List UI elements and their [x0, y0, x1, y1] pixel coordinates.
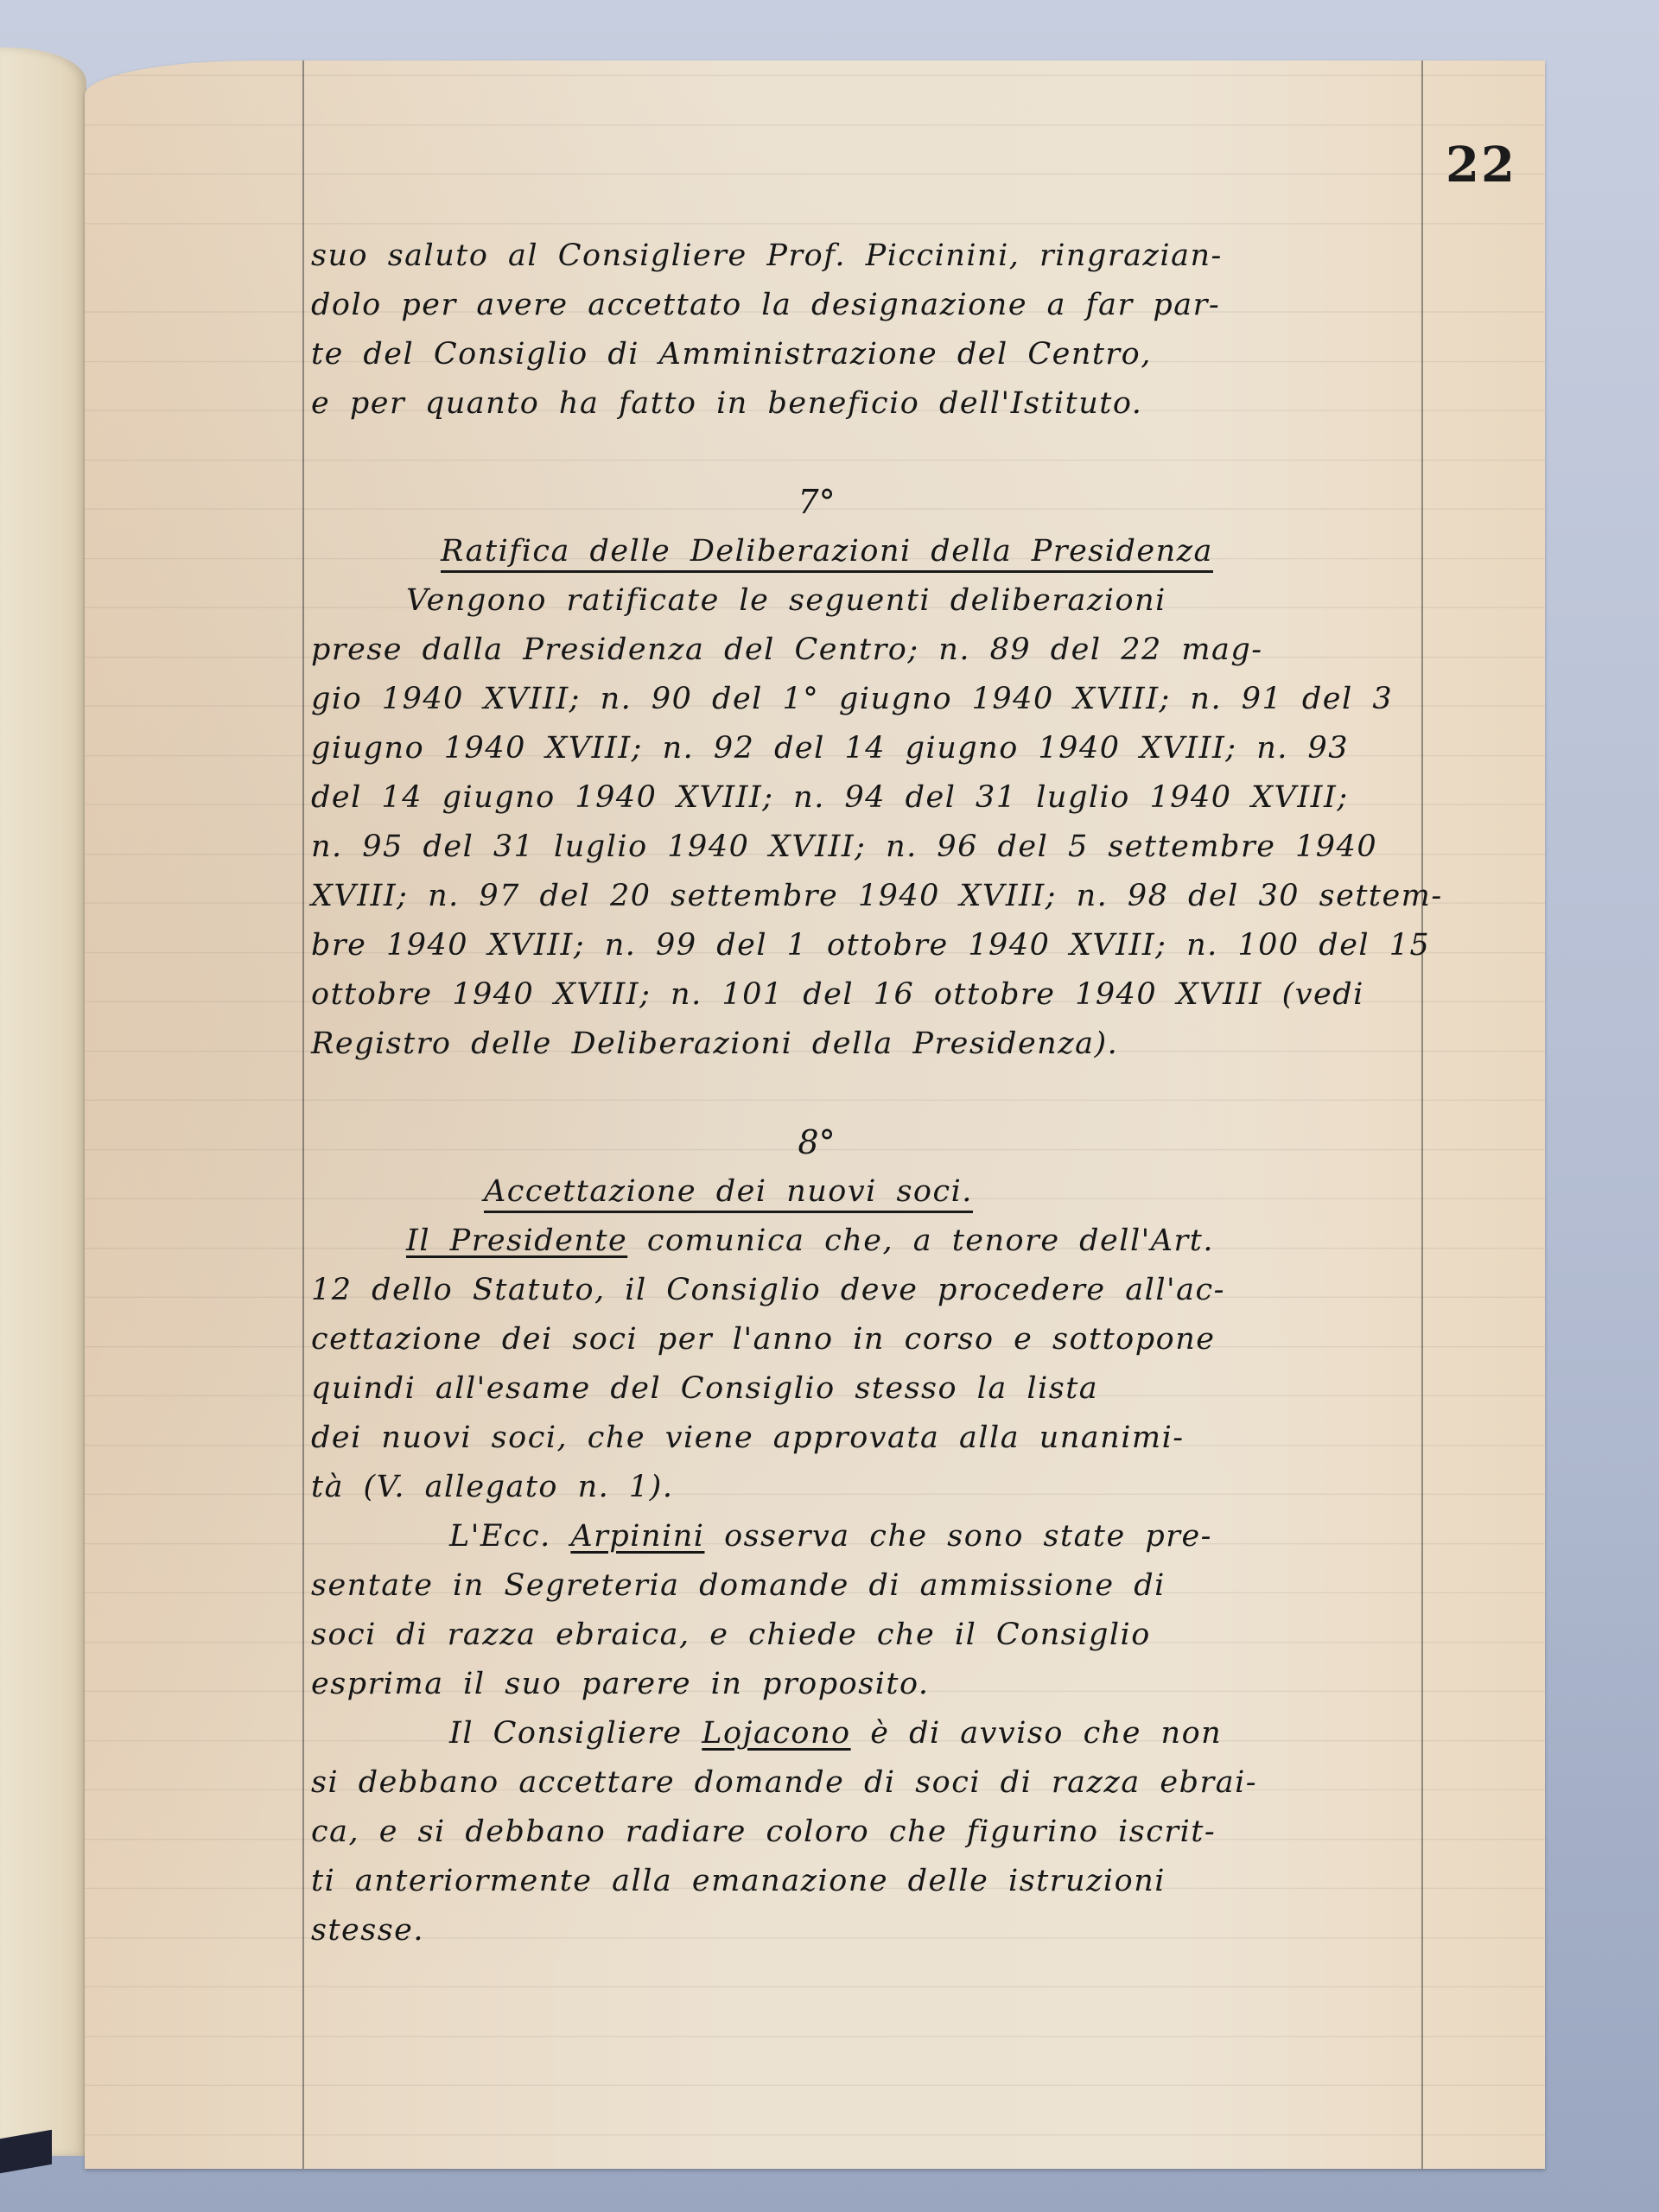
ledger-page: 22 suo saluto al Consigliere Prof. Picci… [85, 60, 1545, 2169]
text-line: gio 1940 XVIII; n. 90 del 1° giugno 1940… [311, 675, 1521, 724]
text-line: XVIII; n. 97 del 20 settembre 1940 XVIII… [311, 872, 1521, 921]
text-line: quindi all'esame del Consiglio stesso la… [311, 1364, 1521, 1414]
speaker-name: Arpinini [570, 1519, 704, 1554]
section-title-ratifica: Ratifica delle Deliberazioni della Presi… [311, 527, 1521, 576]
facing-left-page [0, 48, 86, 2156]
section-title-text: Accettazione dei nuovi soci. [484, 1174, 973, 1213]
text-line: L'Ecc. Arpinini osserva che sono state p… [311, 1512, 1521, 1561]
text-line: giugno 1940 XVIII; n. 92 del 14 giugno 1… [311, 724, 1521, 773]
section-title-accettazione: Accettazione dei nuovi soci. [311, 1167, 1521, 1217]
text-line: te del Consiglio di Amministrazione del … [311, 330, 1521, 379]
text-line: soci di razza ebraica, e chiede che il C… [311, 1611, 1521, 1660]
text-line: Il Consigliere Lojacono è di avviso che … [311, 1709, 1521, 1758]
text-line: ottobre 1940 XVIII; n. 101 del 16 ottobr… [311, 970, 1521, 1020]
speaker-name: Lojacono [702, 1716, 850, 1751]
text-line: dolo per avere accettato la designazione… [311, 281, 1521, 330]
text-line: stesse. [311, 1906, 1521, 1955]
text-line: Registro delle Deliberazioni della Presi… [311, 1020, 1521, 1069]
text-line: dei nuovi soci, che viene approvata alla… [311, 1414, 1521, 1463]
section-marker: 7° [311, 478, 1521, 527]
text-line: ca, e si debbano radiare coloro che figu… [311, 1808, 1521, 1857]
text-line: tà (V. allegato n. 1). [311, 1463, 1521, 1512]
text-line: ti anteriormente alla emanazione delle i… [311, 1857, 1521, 1906]
text-line: prese dalla Presidenza del Centro; n. 89… [311, 626, 1521, 675]
text-line: 12 dello Statuto, il Consiglio deve proc… [311, 1266, 1521, 1315]
text-line: si debbano accettare domande di soci di … [311, 1758, 1521, 1808]
text-line: suo saluto al Consigliere Prof. Piccinin… [311, 232, 1521, 281]
text-line: n. 95 del 31 luglio 1940 XVIII; n. 96 de… [311, 823, 1521, 872]
text-line: cettazione dei soci per l'anno in corso … [311, 1315, 1521, 1364]
text-line: esprima il suo parere in proposito. [311, 1660, 1521, 1709]
text-line: del 14 giugno 1940 XVIII; n. 94 del 31 l… [311, 773, 1521, 823]
speaker-name: Il Presidente [406, 1224, 627, 1258]
handwritten-minutes: suo saluto al Consigliere Prof. Piccinin… [311, 232, 1521, 1955]
text-line: e per quanto ha fatto in beneficio dell'… [311, 379, 1521, 429]
text-line: sentate in Segreteria domande di ammissi… [311, 1561, 1521, 1611]
text-line: Il Presidente comunica che, a tenore del… [311, 1217, 1521, 1266]
page-number: 22 [1446, 137, 1516, 194]
text-line: Vengono ratificate le seguenti deliberaz… [311, 576, 1521, 626]
text-line: bre 1940 XVIII; n. 99 del 1 ottobre 1940… [311, 921, 1521, 970]
section-title-text: Ratifica delle Deliberazioni della Presi… [441, 534, 1213, 573]
left-margin-rule [302, 60, 304, 2169]
section-marker: 8° [311, 1118, 1521, 1167]
